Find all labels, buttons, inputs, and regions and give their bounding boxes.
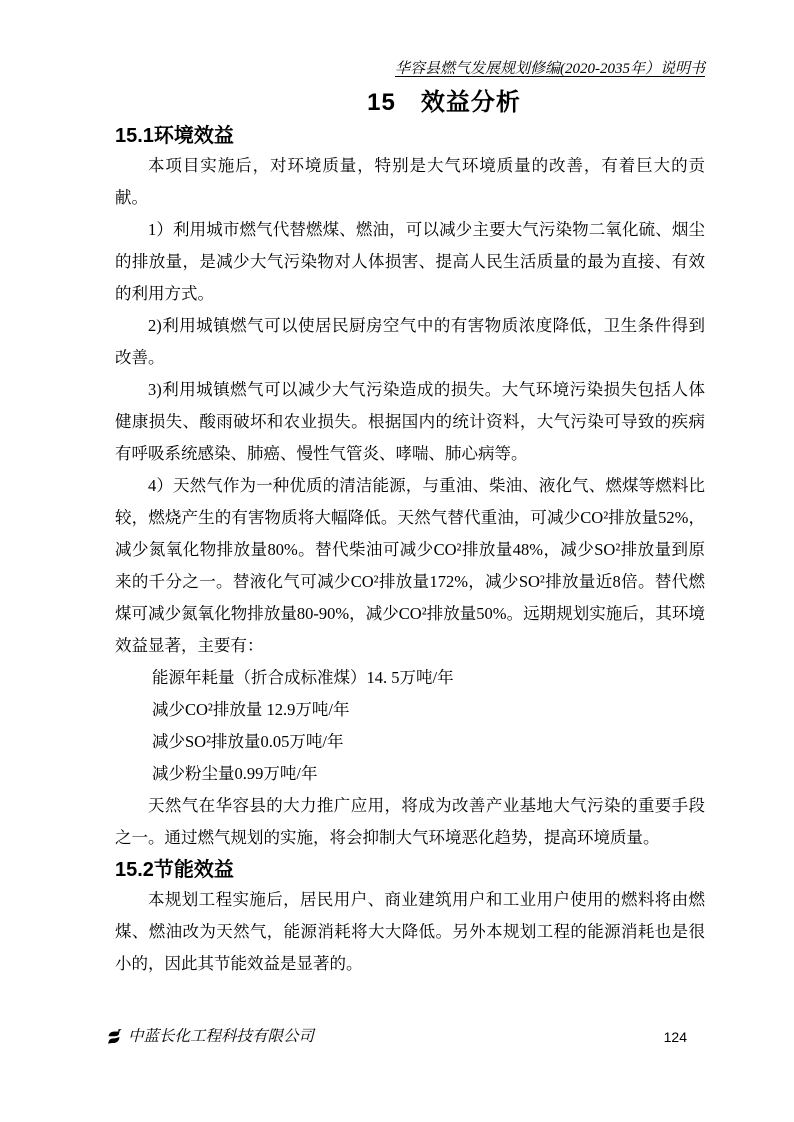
paragraph-section-closing: 天然气在华容县的大力推广应用，将成为改善产业基地大气污染的重要手段之一。通过燃气… (115, 790, 705, 854)
paragraph-point-3: 3)利用城镇燃气可以减少大气污染造成的损失。大气环境污染损失包括人体健康损失、酸… (115, 374, 705, 470)
document-page: 华容县燃气发展规划修编(2020-2035年）说明书 15 效益分析 15.1环… (0, 0, 794, 1122)
stat-line-dust-reduction: 减少粉尘量0.99万吨/年 (152, 758, 705, 790)
paragraph-energy-saving: 本规划工程实施后，居民用户、商业建筑用户和工业用户使用的燃料将由燃煤、燃油改为天… (115, 884, 705, 980)
page-number: 124 (664, 1028, 687, 1046)
footer-company: 中蓝长化工程科技有限公司 (106, 1027, 314, 1047)
benefit-stat-list: 能源年耗量（折合成标准煤）14. 5万吨/年 减少CO²排放量 12.9万吨/年… (115, 662, 705, 790)
header-title: 华容县燃气发展规划修编(2020-2035年）说明书 (395, 61, 705, 77)
paragraph-point-2: 2)利用城镇燃气可以使居民厨房空气中的有害物质浓度降低，卫生条件得到改善。 (115, 310, 705, 374)
paragraph-intro: 本项目实施后，对环境质量，特别是大气环境质量的改善，有着巨大的贡献。 (115, 150, 705, 214)
footer-company-name: 中蓝长化工程科技有限公司 (128, 1027, 314, 1047)
paragraph-point-4: 4）天然气作为一种优质的清洁能源，与重油、柴油、液化气、燃煤等燃料比较，燃烧产生… (115, 470, 705, 662)
page-footer: 中蓝长化工程科技有限公司 124 (106, 1027, 687, 1047)
paragraph-point-1: 1）利用城市燃气代替燃煤、燃油，可以减少主要大气污染物二氧化硫、烟尘的排放量，是… (115, 214, 705, 310)
stat-line-co2-reduction: 减少CO²排放量 12.9万吨/年 (152, 694, 705, 726)
section-heading-15-1: 15.1环境效益 (115, 123, 705, 150)
stat-line-so2-reduction: 减少SO²排放量0.05万吨/年 (152, 726, 705, 758)
company-logo-icon (106, 1029, 122, 1045)
chapter-title: 15 效益分析 (183, 88, 705, 118)
section-heading-15-2: 15.2节能效益 (115, 857, 705, 884)
stat-line-energy-consumption: 能源年耗量（折合成标准煤）14. 5万吨/年 (152, 662, 705, 694)
page-header: 华容县燃气发展规划修编(2020-2035年）说明书 (115, 60, 705, 79)
